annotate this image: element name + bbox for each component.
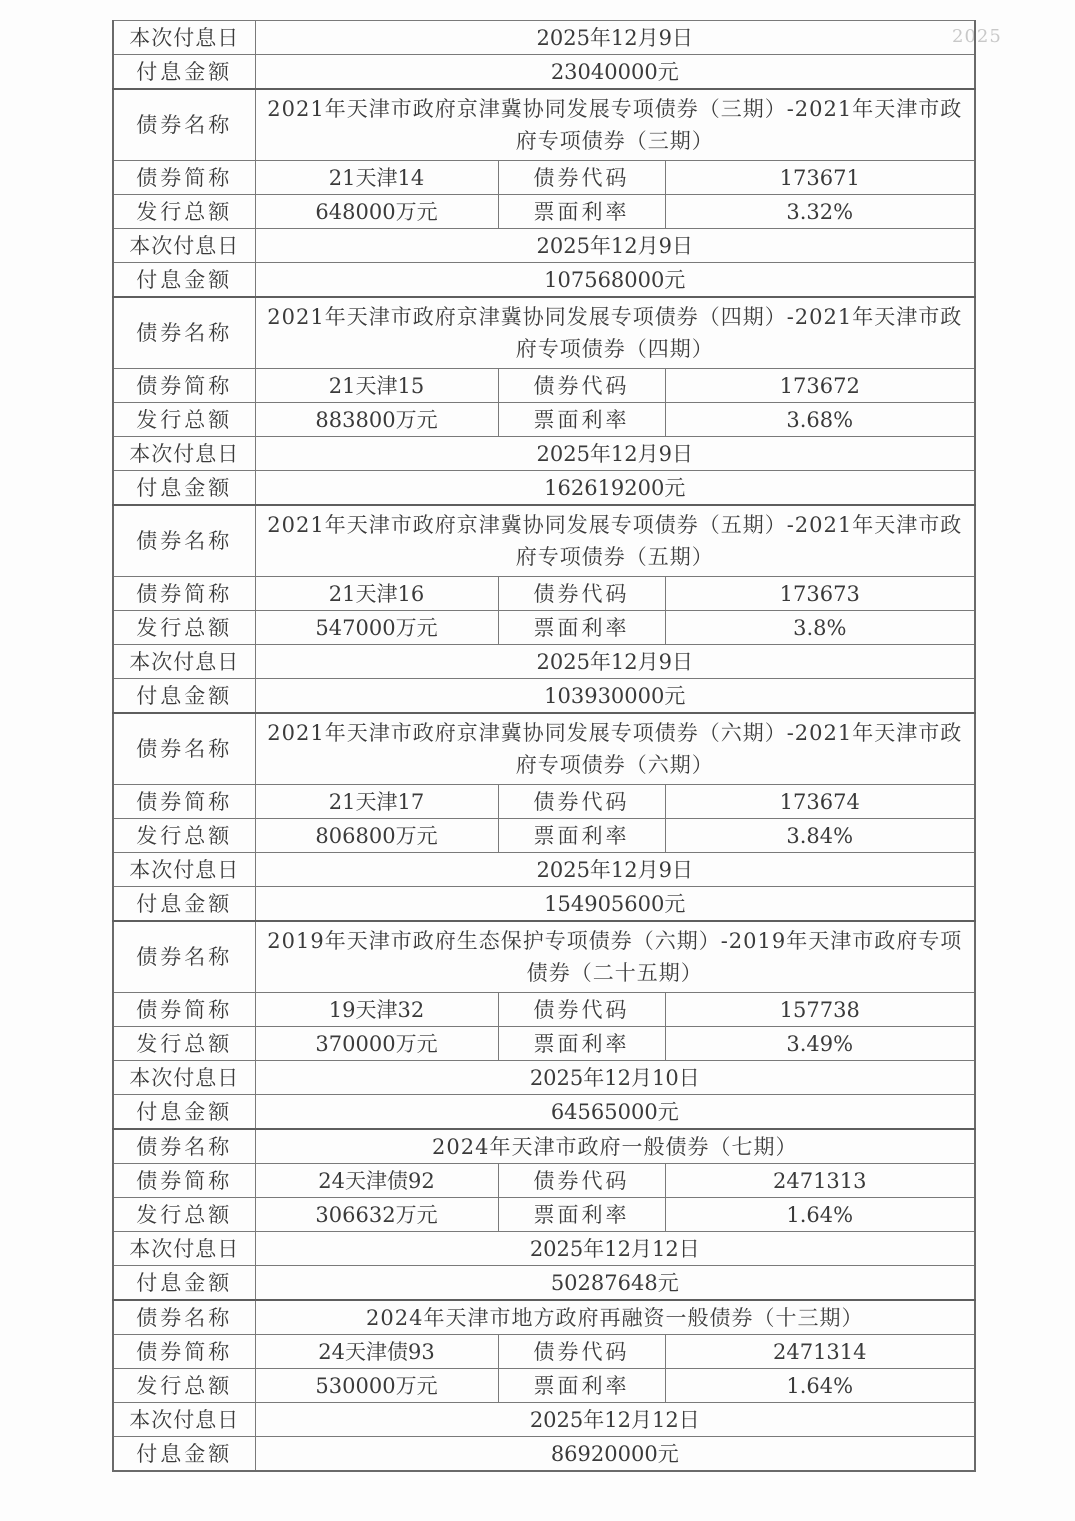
value-bond-code: 157738 [665,993,975,1027]
value-bond-name: 2024年天津市地方政府再融资一般债券（十三期） [255,1300,975,1335]
value-coupon-rate: 3.49% [665,1027,975,1061]
label-bond-name: 债券名称 [113,297,255,369]
label-payment-amount: 付息金额 [113,471,255,506]
label-bond-name: 债券名称 [113,89,255,161]
value-payment-date: 2025年12月12日 [255,1403,975,1437]
value-short-name: 19天津32 [255,993,498,1027]
value-bond-name: 2021年天津市政府京津冀协同发展专项债券（三期）-2021年天津市政府专项债券… [255,89,975,161]
value-coupon-rate: 3.8% [665,611,975,645]
value-payment-amount: 162619200元 [255,471,975,506]
label-bond-code: 债券代码 [498,369,665,403]
label-bond-name: 债券名称 [113,921,255,993]
table-row: 本次付息日 2025年12月12日 [113,1232,975,1266]
value-payment-date: 2025年12月9日 [255,645,975,679]
table-row: 本次付息日 2025年12月9日 [113,229,975,263]
value-coupon-rate: 1.64% [665,1369,975,1403]
value-payment-amount: 86920000元 [255,1437,975,1472]
table-row: 债券简称 24天津债93 债券代码 2471314 [113,1335,975,1369]
value-bond-code: 2471314 [665,1335,975,1369]
value-short-name: 24天津债93 [255,1335,498,1369]
label-bond-code: 债券代码 [498,993,665,1027]
table-row: 本次付息日 2025年12月9日 [113,645,975,679]
value-short-name: 21天津17 [255,785,498,819]
table-row: 付息金额 64565000元 [113,1095,975,1130]
value-short-name: 24天津债92 [255,1164,498,1198]
table-row: 付息金额 154905600元 [113,887,975,922]
table-row: 发行总额 883800万元 票面利率 3.68% [113,403,975,437]
label-issue-total: 发行总额 [113,611,255,645]
table-row: 债券简称 24天津债92 债券代码 2471313 [113,1164,975,1198]
table-row: 债券简称 21天津14 债券代码 173671 [113,161,975,195]
value-coupon-rate: 3.84% [665,819,975,853]
label-short-name: 债券简称 [113,785,255,819]
label-payment-amount: 付息金额 [113,263,255,298]
label-short-name: 债券简称 [113,1164,255,1198]
table-row: 债券简称 21天津17 债券代码 173674 [113,785,975,819]
table-row: 债券名称 2024年天津市地方政府再融资一般债券（十三期） [113,1300,975,1335]
label-bond-name: 债券名称 [113,505,255,577]
table-row: 债券名称 2019年天津市政府生态保护专项债券（六期）-2019年天津市政府专项… [113,921,975,993]
value-payment-amount: 107568000元 [255,263,975,298]
value-coupon-rate: 3.68% [665,403,975,437]
value-bond-code: 173672 [665,369,975,403]
value-payment-date: 2025年12月10日 [255,1061,975,1095]
label-coupon-rate: 票面利率 [498,819,665,853]
table-row: 本次付息日 2025年12月9日 [113,21,975,55]
table-row: 发行总额 547000万元 票面利率 3.8% [113,611,975,645]
table-row: 发行总额 370000万元 票面利率 3.49% [113,1027,975,1061]
label-bond-code: 债券代码 [498,1164,665,1198]
table-row: 付息金额 107568000元 [113,263,975,298]
table-row: 本次付息日 2025年12月9日 [113,437,975,471]
value-issue-total: 370000万元 [255,1027,498,1061]
table-row: 债券名称 2021年天津市政府京津冀协同发展专项债券（三期）-2021年天津市政… [113,89,975,161]
label-short-name: 债券简称 [113,369,255,403]
table-row: 付息金额 86920000元 [113,1437,975,1472]
label-payment-amount: 付息金额 [113,887,255,922]
label-payment-date: 本次付息日 [113,1232,255,1266]
value-issue-total: 306632万元 [255,1198,498,1232]
value-bond-code: 2471313 [665,1164,975,1198]
value-payment-date: 2025年12月9日 [255,853,975,887]
label-bond-code: 债券代码 [498,577,665,611]
table-row: 发行总额 648000万元 票面利率 3.32% [113,195,975,229]
label-bond-code: 债券代码 [498,1335,665,1369]
label-coupon-rate: 票面利率 [498,1198,665,1232]
value-payment-date: 2025年12月9日 [255,437,975,471]
label-coupon-rate: 票面利率 [498,195,665,229]
value-payment-amount: 23040000元 [255,55,975,90]
label-payment-date: 本次付息日 [113,1061,255,1095]
value-bond-name: 2019年天津市政府生态保护专项债券（六期）-2019年天津市政府专项债券（二十… [255,921,975,993]
label-bond-name: 债券名称 [113,1129,255,1164]
label-coupon-rate: 票面利率 [498,403,665,437]
label-issue-total: 发行总额 [113,403,255,437]
label-coupon-rate: 票面利率 [498,611,665,645]
label-bond-code: 债券代码 [498,161,665,195]
table-row: 债券简称 21天津15 债券代码 173672 [113,369,975,403]
value-bond-name: 2021年天津市政府京津冀协同发展专项债券（五期）-2021年天津市政府专项债券… [255,505,975,577]
value-payment-amount: 64565000元 [255,1095,975,1130]
value-short-name: 21天津14 [255,161,498,195]
label-payment-date: 本次付息日 [113,853,255,887]
value-bond-name: 2021年天津市政府京津冀协同发展专项债券（四期）-2021年天津市政府专项债券… [255,297,975,369]
label-payment-amount: 付息金额 [113,1095,255,1130]
label-payment-date: 本次付息日 [113,21,255,55]
value-issue-total: 547000万元 [255,611,498,645]
label-coupon-rate: 票面利率 [498,1027,665,1061]
label-issue-total: 发行总额 [113,1198,255,1232]
table-row: 本次付息日 2025年12月9日 [113,853,975,887]
value-bond-name: 2021年天津市政府京津冀协同发展专项债券（六期）-2021年天津市政府专项债券… [255,713,975,785]
label-short-name: 债券简称 [113,577,255,611]
label-issue-total: 发行总额 [113,819,255,853]
table-row: 付息金额 23040000元 [113,55,975,90]
table-row: 本次付息日 2025年12月12日 [113,1403,975,1437]
label-issue-total: 发行总额 [113,1369,255,1403]
table-row: 付息金额 50287648元 [113,1266,975,1301]
label-payment-amount: 付息金额 [113,679,255,714]
value-payment-amount: 154905600元 [255,887,975,922]
table-row: 债券名称 2021年天津市政府京津冀协同发展专项债券（五期）-2021年天津市政… [113,505,975,577]
label-payment-date: 本次付息日 [113,229,255,263]
table-row: 付息金额 162619200元 [113,471,975,506]
table-row: 债券简称 19天津32 债券代码 157738 [113,993,975,1027]
label-short-name: 债券简称 [113,993,255,1027]
table-row: 债券名称 2021年天津市政府京津冀协同发展专项债券（四期）-2021年天津市政… [113,297,975,369]
label-coupon-rate: 票面利率 [498,1369,665,1403]
label-bond-name: 债券名称 [113,1300,255,1335]
label-issue-total: 发行总额 [113,1027,255,1061]
document-page: 2025 本次付息日 2025年12月9日 付息金额 23040000元 债券名… [0,0,1075,1521]
value-payment-date: 2025年12月9日 [255,21,975,55]
table-row: 债券简称 21天津16 债券代码 173673 [113,577,975,611]
label-payment-amount: 付息金额 [113,1266,255,1301]
label-issue-total: 发行总额 [113,195,255,229]
label-payment-date: 本次付息日 [113,645,255,679]
label-short-name: 债券简称 [113,1335,255,1369]
label-payment-amount: 付息金额 [113,55,255,90]
label-payment-date: 本次付息日 [113,437,255,471]
value-bond-name: 2024年天津市政府一般债券（七期） [255,1129,975,1164]
table-row: 本次付息日 2025年12月10日 [113,1061,975,1095]
label-payment-date: 本次付息日 [113,1403,255,1437]
value-coupon-rate: 3.32% [665,195,975,229]
value-short-name: 21天津15 [255,369,498,403]
value-bond-code: 173673 [665,577,975,611]
value-payment-amount: 103930000元 [255,679,975,714]
table-row: 发行总额 806800万元 票面利率 3.84% [113,819,975,853]
value-payment-date: 2025年12月12日 [255,1232,975,1266]
table-row: 发行总额 530000万元 票面利率 1.64% [113,1369,975,1403]
bond-interest-table: 本次付息日 2025年12月9日 付息金额 23040000元 债券名称 202… [112,20,976,1472]
value-payment-date: 2025年12月9日 [255,229,975,263]
value-bond-code: 173671 [665,161,975,195]
value-coupon-rate: 1.64% [665,1198,975,1232]
value-payment-amount: 50287648元 [255,1266,975,1301]
value-issue-total: 648000万元 [255,195,498,229]
value-short-name: 21天津16 [255,577,498,611]
label-payment-amount: 付息金额 [113,1437,255,1472]
label-short-name: 债券简称 [113,161,255,195]
value-bond-code: 173674 [665,785,975,819]
value-issue-total: 530000万元 [255,1369,498,1403]
label-bond-code: 债券代码 [498,785,665,819]
table-row: 付息金额 103930000元 [113,679,975,714]
table-row: 债券名称 2024年天津市政府一般债券（七期） [113,1129,975,1164]
value-issue-total: 883800万元 [255,403,498,437]
table-row: 发行总额 306632万元 票面利率 1.64% [113,1198,975,1232]
value-issue-total: 806800万元 [255,819,498,853]
label-bond-name: 债券名称 [113,713,255,785]
table-row: 债券名称 2021年天津市政府京津冀协同发展专项债券（六期）-2021年天津市政… [113,713,975,785]
